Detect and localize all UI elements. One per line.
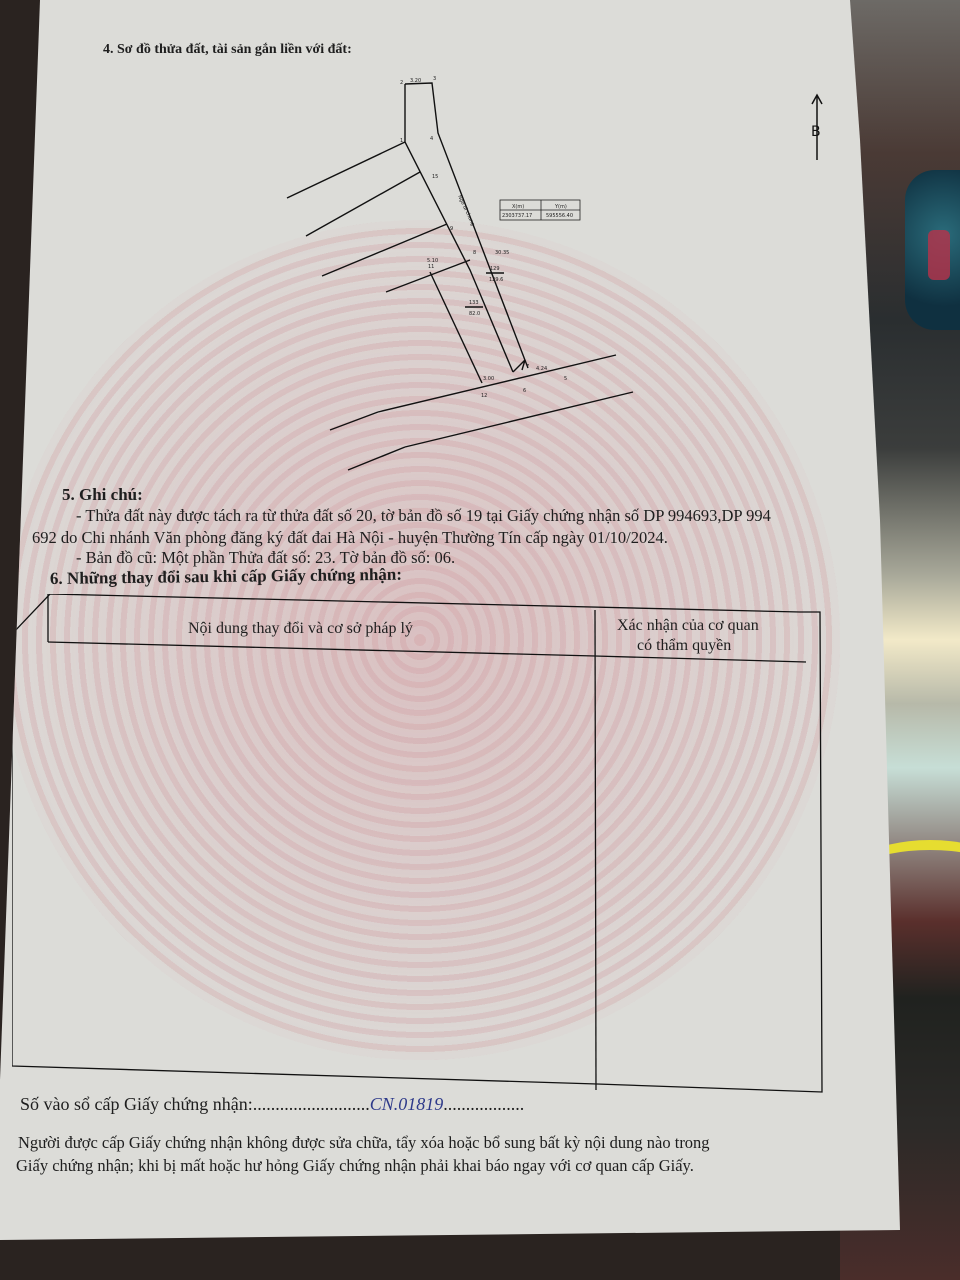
svg-text:4.24: 4.24 (536, 366, 547, 372)
parcel-number: 133 (469, 300, 479, 306)
road-label: Ngõ đi chung (456, 194, 475, 227)
coord-value-x: 2303737.17 (502, 213, 532, 219)
registry-line: Số vào sổ cấp Giấy chứng nhận:..........… (20, 1094, 524, 1115)
registry-number: CN.01819 (370, 1094, 444, 1114)
svg-text:7: 7 (526, 364, 529, 370)
svg-text:6: 6 (523, 388, 526, 394)
svg-text:3.00: 3.00 (483, 376, 494, 382)
note-line-1-cont: 692 do Chi nhánh Văn phòng đăng ký đất đ… (32, 528, 668, 548)
svg-text:5.10: 5.10 (427, 258, 438, 264)
footer-note-line-1: Người được cấp Giấy chứng nhận không đượ… (18, 1133, 710, 1153)
svg-text:11: 11 (428, 264, 434, 270)
coord-header-y: Y(m) (554, 204, 567, 210)
parcel-area: 82.0 (469, 311, 480, 317)
table-header-authority-line2: có thẩm quyền (637, 637, 731, 655)
north-arrow-icon: B (806, 92, 828, 162)
svg-text:5: 5 (564, 376, 567, 382)
svg-text:3: 3 (433, 76, 436, 82)
registry-dots: .................. (443, 1094, 524, 1114)
svg-text:3.20: 3.20 (410, 78, 421, 84)
note-line-1: - Thửa đất này được tách ra từ thửa đất … (76, 506, 771, 526)
parcel-area: 129.6 (489, 277, 503, 283)
parcel-number: 129 (490, 266, 500, 272)
bottle-label (928, 230, 950, 280)
parcel-diagram: X(m) Y(m) 2303737.17 595556.40 2 3 4 1 1… (0, 0, 900, 480)
svg-text:2: 2 (400, 80, 403, 86)
registry-label: Số vào sổ cấp Giấy chứng nhận: (20, 1094, 253, 1114)
section5-title: 5. Ghi chú: (62, 485, 143, 505)
certificate-page: 4. Sơ đồ thửa đất, tài sản gắn liền với … (0, 0, 900, 1240)
svg-text:12: 12 (481, 393, 487, 399)
table-header-authority-line1: Xác nhận của cơ quan (617, 617, 759, 635)
svg-text:30.35: 30.35 (495, 250, 509, 256)
registry-dots: .......................... (253, 1094, 370, 1114)
coord-value-y: 595556.40 (546, 213, 573, 219)
svg-text:9: 9 (450, 226, 453, 232)
changes-table (12, 594, 822, 1094)
section6-title: 6. Những thay đổi sau khi cấp Giấy chứng… (50, 565, 402, 589)
svg-text:4: 4 (430, 136, 433, 142)
svg-text:15: 15 (432, 174, 438, 180)
svg-text:1: 1 (400, 138, 403, 144)
table-header-change-content: Nội dung thay đổi và cơ sở pháp lý (188, 620, 413, 638)
coord-header-x: X(m) (512, 204, 524, 210)
footer-note-line-2: Giấy chứng nhận; khi bị mất hoặc hư hỏng… (16, 1156, 694, 1176)
svg-text:8: 8 (473, 250, 476, 256)
north-label: B (811, 124, 821, 140)
